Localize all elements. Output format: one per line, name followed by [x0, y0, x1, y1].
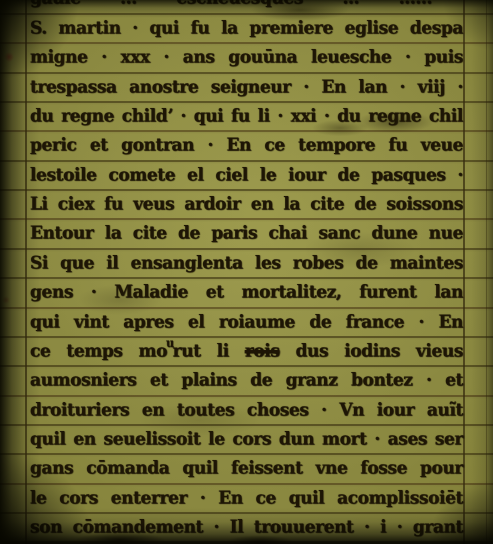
manuscript-line: son cōmandement · Il trouuerent · i · gr… — [30, 512, 463, 542]
manuscript-line: gens · Maladie et mortalitez, furent lan — [30, 277, 463, 307]
inserted-superscript-letter: u — [166, 329, 174, 359]
line-text: ce temps mo — [30, 340, 167, 361]
manuscript-line: du regne childʼ · qui fu li · xxi · du r… — [30, 101, 463, 131]
manuscript-line-with-correction: ce temps mourut li rois dus iodins vieus — [30, 336, 463, 366]
manuscript-line: quil en seuelissoit le cors dun mort · a… — [30, 424, 463, 454]
manuscript-line: Li ciex fu veus ardoir en la cite de soi… — [30, 189, 463, 219]
manuscript-line: qui vint apres el roiaume de france · En — [30, 307, 463, 337]
manuscript-line: gans cōmanda quil feissent vne fosse pou… — [30, 453, 463, 483]
outer-right-rule — [486, 0, 487, 544]
manuscript-line: Si que il ensanglenta les robes de maint… — [30, 248, 463, 278]
manuscript-line: lestoile comete el ciel le iour de pasqu… — [30, 160, 463, 190]
manuscript-line: trespassa anostre seigneur · En lan · vi… — [30, 72, 463, 102]
left-margin-rule — [25, 0, 27, 544]
manuscript-line: migne · xxx · ans gouūna leuesche · puis — [30, 43, 463, 73]
manuscript-line: S. martin · qui fu la premiere eglise de… — [30, 13, 463, 43]
manuscript-line: aumosniers et plains de granz bontez · e… — [30, 365, 463, 395]
manuscript-line-partial-top: gaule … escheuesques … …… — [30, 0, 432, 13]
manuscript-line: droituriers en toutes choses · Vn iour a… — [30, 395, 463, 425]
manuscript-line: peric et gontran · En ce tempore fu veue — [30, 131, 463, 161]
right-margin-rule — [463, 0, 465, 544]
struck-through-word: rois — [245, 340, 280, 361]
manuscript-line: le cors enterrer · En ce quil acomplisso… — [30, 483, 463, 513]
line-text: dus iodins vieus — [280, 340, 463, 361]
manuscript-line: Entour la cite de paris chai sanc dune n… — [30, 219, 463, 249]
line-text: rut li — [173, 340, 245, 361]
manuscript-page: gaule … escheuesques … …… S. martin · qu… — [0, 0, 493, 544]
